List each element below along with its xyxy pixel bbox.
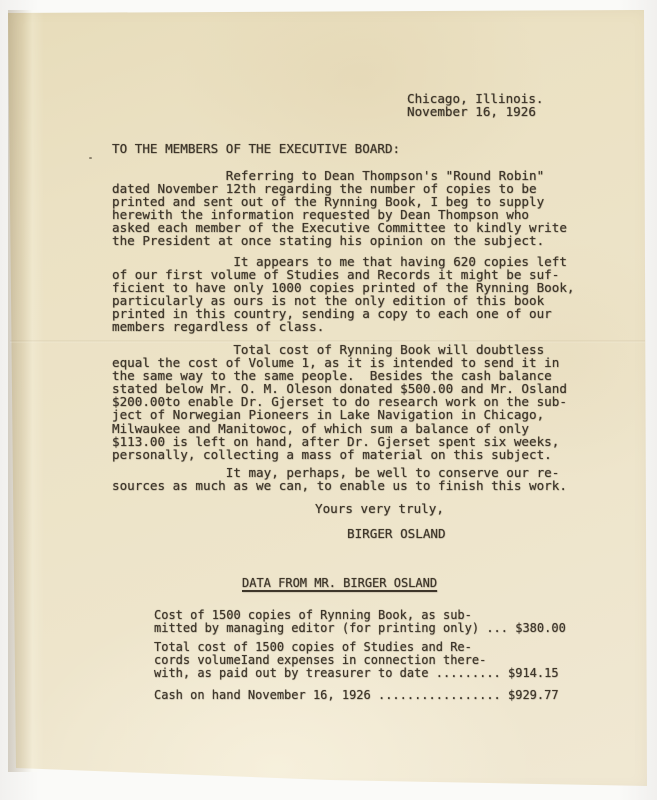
letter-paragraph-3: Total cost of Rynning Book will doubtles… bbox=[112, 343, 567, 461]
ink-speck bbox=[89, 157, 92, 159]
dateline: Chicago, Illinois. November 16, 1926 bbox=[407, 92, 543, 118]
salutation: TO THE MEMBERS OF THE EXECUTIVE BOARD: bbox=[112, 142, 400, 155]
left-fold-crease bbox=[8, 10, 44, 772]
data-item-cash-on-hand: Cash on hand November 16, 1926 .........… bbox=[154, 689, 559, 702]
letter-paragraph-2: It appears to me that having 620 copies … bbox=[112, 255, 575, 334]
signature: BIRGER OSLAND bbox=[347, 527, 446, 540]
closing: Yours very truly, bbox=[315, 502, 444, 515]
data-section-heading: DATA FROM MR. BIRGER OSLAND bbox=[242, 577, 437, 590]
data-item-studies-records-cost: Total cost of 1500 copies of Studies and… bbox=[154, 641, 559, 680]
data-item-rynning-book-cost: Cost of 1500 copies of Rynning Book, as … bbox=[154, 609, 566, 635]
letter-paragraph-1: Referring to Dean Thompson's "Round Robi… bbox=[112, 169, 567, 248]
scan-background: Chicago, Illinois. November 16, 1926 TO … bbox=[0, 0, 657, 800]
letter-paragraph-4: It may, perhaps, be well to conserve our… bbox=[112, 466, 567, 492]
